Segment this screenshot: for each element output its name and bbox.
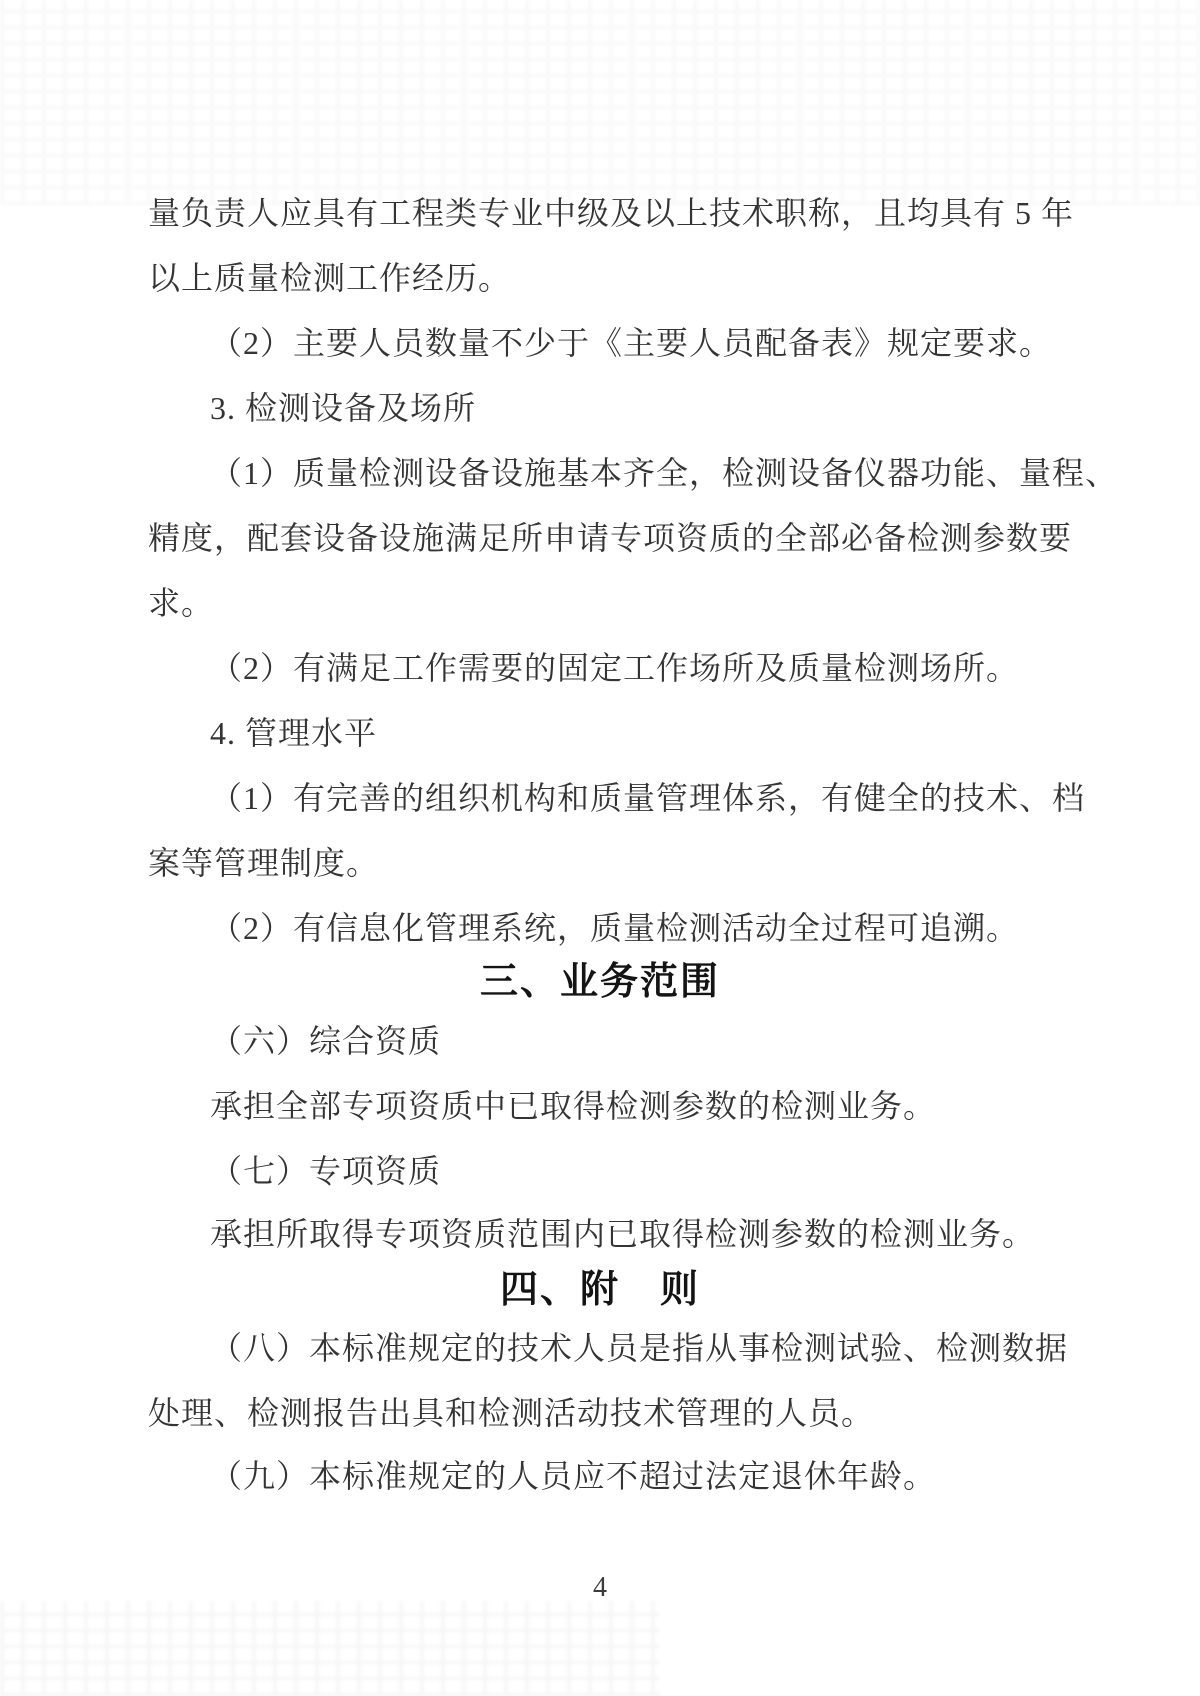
body-line: （2）主要人员数量不少于《主要人员配备表》规定要求。 <box>210 324 1052 362</box>
body-line: 案等管理制度。 <box>148 844 379 882</box>
body-line: 承担所取得专项资质范围内已取得检测参数的检测业务。 <box>210 1215 1035 1253</box>
body-line: （1）质量检测设备设施基本齐全，检测设备仪器功能、量程、 <box>210 454 1118 492</box>
body-line: 承担全部专项资质中已取得检测参数的检测业务。 <box>210 1087 936 1125</box>
body-line: （六）综合资质 <box>210 1022 441 1060</box>
body-line: 3. 检测设备及场所 <box>210 389 476 427</box>
body-line: （1）有完善的组织机构和质量管理体系，有健全的技术、档 <box>210 779 1085 817</box>
body-line: 以上质量检测工作经历。 <box>148 259 511 297</box>
scan-bleedthrough-top <box>0 0 1200 205</box>
body-line: （2）有信息化管理系统，质量检测活动全过程可追溯。 <box>210 909 1019 947</box>
body-line: 4. 管理水平 <box>210 714 377 752</box>
section-heading-business-scope: 三、业务范围 <box>0 960 1200 1004</box>
body-line: 处理、检测报告出具和检测活动技术管理的人员。 <box>148 1394 874 1432</box>
page-number: 4 <box>0 1572 1200 1604</box>
body-line: 精度，配套设备设施满足所申请专项资质的全部必备检测参数要 <box>148 519 1072 557</box>
body-line: 量负责人应具有工程类专业中级及以上技术职称，且均具有 5 年 <box>148 194 1074 232</box>
body-line: 求。 <box>148 584 214 622</box>
body-line: （八）本标准规定的技术人员是指从事检测试验、检测数据 <box>210 1329 1068 1367</box>
document-page: 量负责人应具有工程类专业中级及以上技术职称，且均具有 5 年 以上质量检测工作经… <box>0 0 1200 1696</box>
scan-bleedthrough-bottom <box>0 1601 660 1696</box>
body-line: （2）有满足工作需要的固定工作场所及质量检测场所。 <box>210 649 1019 687</box>
body-line: （九）本标准规定的人员应不超过法定退休年龄。 <box>210 1457 936 1495</box>
section-heading-appendix: 四、附 则 <box>0 1268 1200 1312</box>
body-line: （七）专项资质 <box>210 1152 441 1190</box>
